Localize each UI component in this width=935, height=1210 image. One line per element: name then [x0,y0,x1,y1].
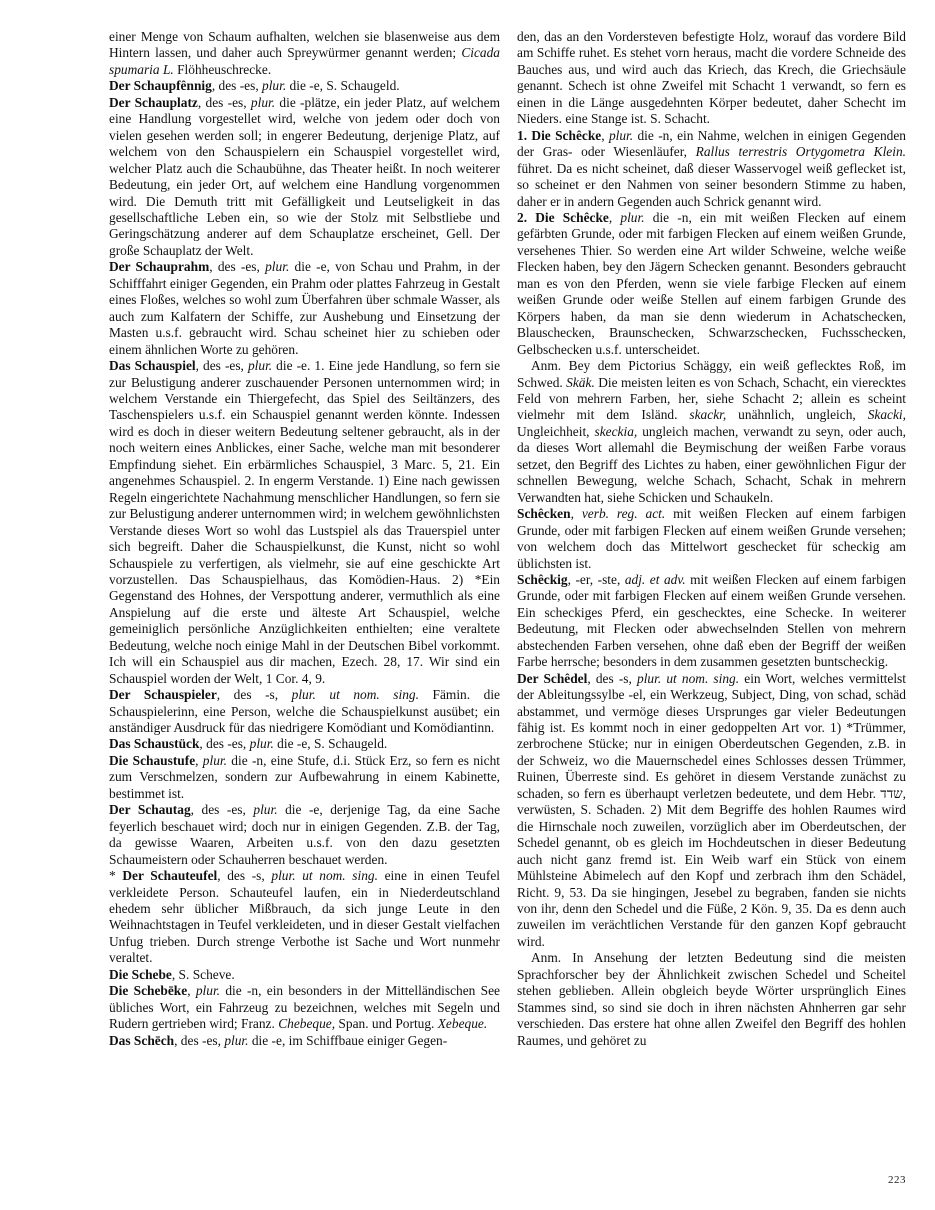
dictionary-entry: Das Schēch, des -es, plur. die -e, im Sc… [109,1033,500,1049]
italic-term: Rallus terrestris Ortygometra Klein. [696,144,906,159]
dictionary-entry: Schêcken, verb. reg. act. mit weißen Fle… [517,506,906,572]
entry-text: , des -es, [209,259,265,274]
italic-term: skackr, [689,407,726,422]
obsolete-marker: * [109,868,122,883]
entry-text: Ungleichheit, [517,424,595,439]
dictionary-page: einer Menge von Schaum aufhalten, welche… [109,29,906,1179]
entry-headword: Schêckig [517,572,568,587]
entry-headword: Der Schaupfênnig [109,78,212,93]
entry-continuation: einer Menge von Schaum aufhalten, welche… [109,29,500,78]
entry-continuation: den, das an den Vordersteven befestigte … [517,29,906,128]
entry-text: , des -s, [587,671,637,686]
dictionary-entry: Schêckig, -er, -ste, adj. et adv. mit we… [517,572,906,671]
entry-text: , des -es, [198,95,251,110]
dictionary-entry: Das Schaustück, des -es, plur. die -e, S… [109,736,500,752]
italic-term: Xebeque. [438,1016,487,1031]
italic-term: plur. ut nom. sing. [292,687,419,702]
entry-text: einer Menge von Schaum aufhalten, welche… [109,29,500,60]
entry-headword: Das Schaustück [109,736,199,751]
left-column: einer Menge von Schaum aufhalten, welche… [109,29,500,1179]
italic-term: plur. ut nom. sing. [637,671,739,686]
entry-text: die -n, ein mit weißen Flecken auf einem… [517,210,906,357]
dictionary-entry: Die Schebēke, plur. die -n, ein besonder… [109,983,500,1032]
dictionary-entry: Der Schêdel, des -s, plur. ut nom. sing.… [517,671,906,951]
entry-text: , [601,128,609,143]
dictionary-entry: * Der Schauteufel, des -s, plur. ut nom.… [109,868,500,967]
dictionary-entry: Die Schaustufe, plur. die -n, eine Stufe… [109,753,500,802]
italic-term: plur. [196,983,220,998]
entry-headword: Die Schaustufe [109,753,195,768]
entry-text: , -er, -ste, [568,572,625,587]
entry-text: , des -es, [199,736,249,751]
entry-headword: Schêcken [517,506,571,521]
italic-term: plur. [203,753,227,768]
entry-headword: Der Schauplatz [109,95,198,110]
italic-term: plur. [253,802,277,817]
italic-term: Skacki, [868,407,906,422]
italic-term: plur. [620,210,644,225]
entry-text: die -e, S. Schaugeld. [286,78,399,93]
entry-text: die -e. 1. Eine jede Handlung, so fern s… [109,358,500,686]
right-column: den, das an den Vordersteven befestigte … [517,29,906,1179]
entry-headword: Das Schēch [109,1033,174,1048]
italic-term: plur. [262,78,286,93]
italic-term: plur. [251,95,275,110]
entry-text: , des -es, [174,1033,224,1048]
entry-text: , des -es, [196,358,248,373]
italic-term: Chebeque, [278,1016,335,1031]
dictionary-entry: Der Schautag, des -es, plur. die -e, der… [109,802,500,868]
entry-text: , [187,983,196,998]
entry-text: Span. und Portug. [335,1016,438,1031]
entry-headword: Der Schautag [109,802,191,817]
italic-term: plur. [248,358,272,373]
italic-term: plur. ut nom. sing. [271,868,378,883]
entry-text: , [195,753,203,768]
entry-headword: Der Schauspieler [109,687,217,702]
dictionary-entry: Der Schauspieler, des -s, plur. ut nom. … [109,687,500,736]
entry-headword: 1. Die Schêcke [517,128,601,143]
entry-headword: Der Schauprahm [109,259,209,274]
page-number: 223 [888,1174,906,1186]
italic-term: plur. [224,1033,248,1048]
entry-text: führet. Da es nicht scheinet, daß dieser… [517,161,906,209]
entry-text: unähnlich, ungleich, [726,407,867,422]
italic-term: plur. [265,259,289,274]
entry-text: die -e, S. Schaugeld. [274,736,387,751]
entry-headword: Die Schebēke [109,983,187,998]
entry-text: , des -es, [212,78,262,93]
dictionary-entry: 1. Die Schêcke, plur. die -n, ein Nahme,… [517,128,906,210]
entry-text: ein Wort, welches vermittelst der Ableit… [517,671,906,949]
dictionary-entry: 2. Die Schêcke, plur. die -n, ein mit we… [517,210,906,358]
italic-term: skeckia, [595,424,638,439]
entry-text: , [609,210,621,225]
entry-text: die -plätze, ein jeder Platz, auf welche… [109,95,500,258]
italic-term: plur. [250,736,274,751]
dictionary-entry: Der Schauprahm, des -es, plur. die -e, v… [109,259,500,358]
entry-continuation: Anm. In Ansehung der letzten Bedeutung s… [517,950,906,1049]
entry-text: , [571,506,582,521]
entry-continuation: Anm. Bey dem Pictorius Schäggy, ein weiß… [517,358,906,506]
italic-term: verb. reg. act. [582,506,665,521]
dictionary-entry: Die Schebe, S. Scheve. [109,967,500,983]
entry-text: die -e, im Schiffbaue einiger Gegen- [249,1033,448,1048]
entry-headword: Der Schêdel [517,671,587,686]
entry-headword: 2. Die Schêcke [517,210,609,225]
italic-term: plur. [609,128,633,143]
entry-text: Flöhheuschrecke. [174,62,271,77]
dictionary-entry: Das Schauspiel, des -es, plur. die -e. 1… [109,358,500,687]
entry-text: , S. Scheve. [172,967,235,982]
entry-headword: Die Schebe [109,967,172,982]
entry-text: den, das an den Vordersteven befestigte … [517,29,906,126]
entry-headword: Das Schauspiel [109,358,196,373]
entry-text: Anm. In Ansehung der letzten Bedeutung s… [517,950,906,1047]
entry-headword: Der Schauteufel [122,868,217,883]
dictionary-entry: Der Schaupfênnig, des -es, plur. die -e,… [109,78,500,94]
entry-text: , des -s, [217,687,292,702]
entry-text: , des -es, [191,802,254,817]
italic-term: adj. et adv. [625,572,686,587]
entry-text: , des -s, [217,868,271,883]
dictionary-entry: Der Schauplatz, des -es, plur. die -plät… [109,95,500,260]
italic-term: Skäk. [566,375,595,390]
